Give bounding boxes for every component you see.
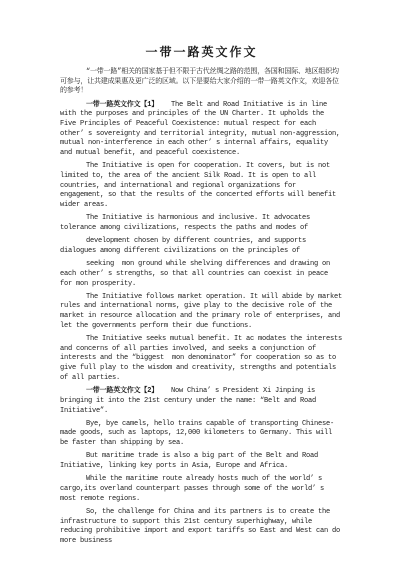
paragraph: The Initiative is harmonious and inclusi…: [60, 214, 343, 233]
document-page: 一带一路英文作文 “一带一路”相关的国家基于但不限于古代丝绸之路的范围，各国和国…: [0, 0, 400, 566]
paragraph: The Initiative seeks mutual benefit. It …: [60, 335, 343, 384]
paragraph-text: While the maritime route already hosts m…: [60, 475, 328, 502]
paragraph-text: The Initiative seeks mutual benefit. It …: [60, 335, 346, 382]
document-title: 一带一路英文作文: [60, 45, 343, 59]
paragraph: The Initiative follows market operation.…: [60, 293, 343, 332]
paragraph: But maritime trade is also a big part of…: [60, 452, 343, 471]
paragraph-text: development chosen by different countrie…: [60, 237, 310, 255]
paragraph-text: But maritime trade is also a big part of…: [60, 452, 322, 470]
paragraph: seeking mon ground while shelving differ…: [60, 260, 343, 289]
paragraph-intro-chinese: “一带一路”相关的国家基于但不限于古代丝绸之路的范围，各国和国际、地区组织均可参…: [60, 68, 343, 97]
paragraph: The Initiative is open for cooperation. …: [60, 162, 343, 211]
essay2-section-label: 一带一路英文作文【2】: [86, 387, 158, 395]
paragraph: Bye, bye camels, hello trains capable of…: [60, 420, 343, 449]
paragraph-essay1-opening: 一带一路英文作文【1】The Belt and Road Initiative …: [60, 101, 343, 159]
paragraph-text: The Belt and Road Initiative is in line …: [60, 101, 344, 158]
paragraph-text: seeking mon ground while shelving differ…: [60, 260, 334, 287]
paragraph-text: The Initiative follows market operation.…: [60, 293, 346, 330]
paragraph: So, the challenge for China and its part…: [60, 508, 343, 547]
paragraph-text: The Initiative is harmonious and inclusi…: [60, 214, 314, 232]
paragraph-text: Bye, bye camels, hello trains capable of…: [60, 420, 336, 447]
paragraph: While the maritime route already hosts m…: [60, 475, 343, 504]
paragraph: development chosen by different countrie…: [60, 237, 343, 256]
paragraph-text: So, the challenge for China and its part…: [60, 508, 344, 545]
essay1-section-label: 一带一路英文作文【1】: [86, 101, 158, 109]
paragraph-text: “一带一路”相关的国家基于但不限于古代丝绸之路的范围，各国和国际、地区组织均可参…: [60, 68, 339, 95]
paragraph-text: The Initiative is open for cooperation. …: [60, 162, 340, 209]
paragraph-essay2-opening: 一带一路英文作文【2】Now China’ s President Xi Jin…: [60, 387, 343, 416]
